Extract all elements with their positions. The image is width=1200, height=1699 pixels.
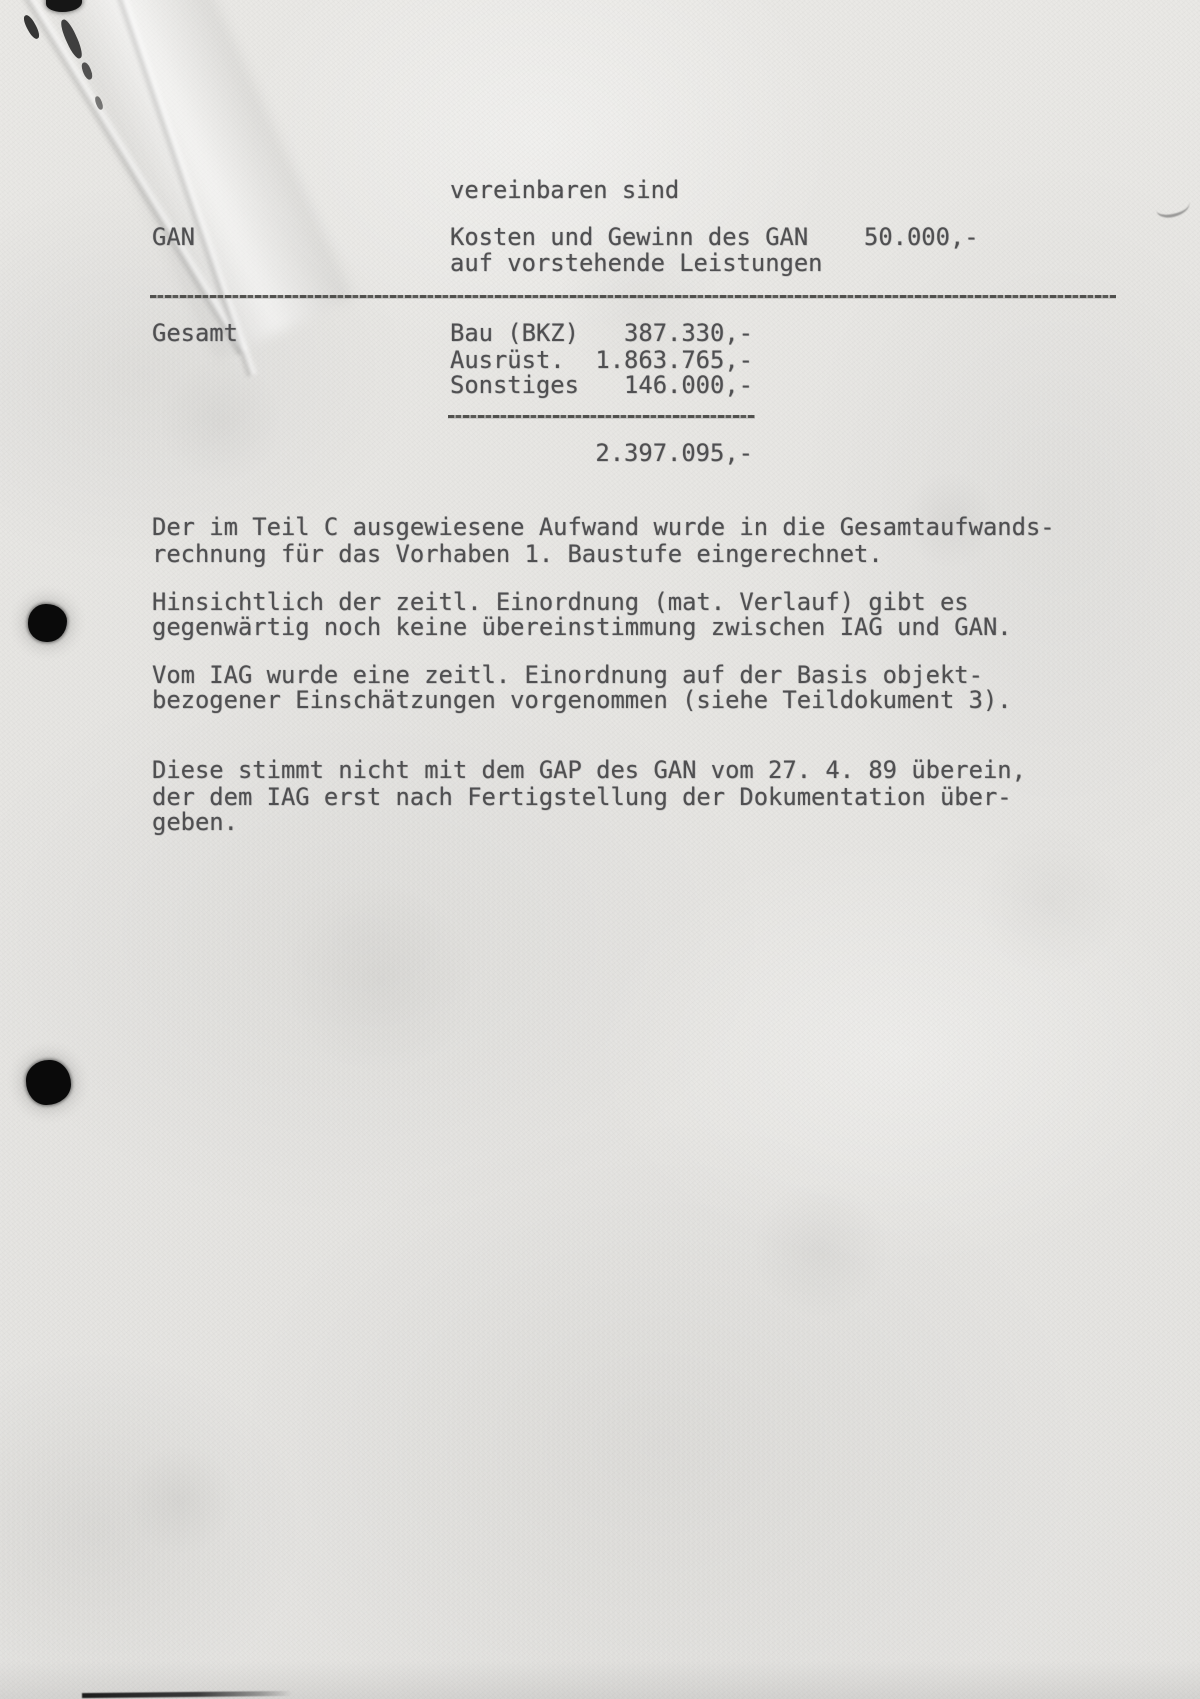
cost-item-value: 146.000,-	[624, 372, 753, 399]
cost-item-name: Bau (BKZ)	[450, 320, 579, 347]
scan-stain	[94, 95, 104, 110]
paragraph-line: geben.	[152, 809, 238, 836]
cost-item-row: Bau (BKZ) 387.330,-	[450, 320, 753, 347]
cost-item-name: Sonstiges	[450, 372, 579, 399]
cost-item-value: 387.330,-	[624, 320, 753, 347]
cost-item-value: 1.863.765,-	[595, 347, 753, 374]
paragraph-line: gegenwärtig noch keine übereinstimmung z…	[152, 614, 1012, 641]
scan-stain	[21, 13, 41, 40]
paragraph-line: rechnung für das Vorhaben 1. Baustufe ei…	[152, 541, 883, 568]
fold-crease	[40, 0, 353, 361]
cost-item-row: Sonstiges 146.000,-	[450, 372, 753, 399]
gan-cost-line: Kosten und Gewinn des GAN	[450, 224, 808, 251]
gan-services-line: auf vorstehende Leistungen	[450, 250, 823, 277]
subtotal-rule	[448, 415, 755, 418]
paragraph-line: Diese stimmt nicht mit dem GAP des GAN v…	[152, 757, 1026, 784]
paragraph-line: bezogener Einschätzungen vorgenommen (si…	[152, 687, 1012, 714]
intro-line: vereinbaren sind	[450, 177, 679, 204]
scan-stain	[46, 0, 82, 12]
page-curl-mark	[1155, 194, 1192, 220]
gan-amount: 50.000,-	[864, 224, 979, 251]
gan-label: GAN	[152, 224, 195, 251]
total-row: 2.397.095,-	[450, 440, 753, 467]
cost-item-name: Ausrüst.	[450, 347, 565, 374]
paragraph-line: Der im Teil C ausgewiesene Aufwand wurde…	[152, 514, 1055, 541]
paragraph-line: Vom IAG wurde eine zeitl. Einordnung auf…	[152, 662, 983, 689]
separator-rule	[150, 295, 1116, 298]
scan-stain	[58, 18, 85, 61]
scan-stain	[80, 61, 94, 81]
paragraph-line: der dem IAG erst nach Fertigstellung der…	[152, 784, 1012, 811]
gesamt-label: Gesamt	[152, 320, 238, 347]
punch-hole	[26, 1060, 71, 1105]
total-amount: 2.397.095,-	[595, 439, 753, 467]
bottom-edge-shade	[0, 1660, 1200, 1699]
bottom-scan-mark	[82, 1691, 292, 1698]
paragraph-line: Hinsichtlich der zeitl. Einordnung (mat.…	[152, 589, 969, 616]
cost-item-row: Ausrüst. 1.863.765,-	[450, 347, 753, 374]
fold-crease-line	[14, 0, 249, 357]
punch-hole	[28, 604, 67, 642]
scanned-document-page: vereinbaren sind GAN Kosten und Gewinn d…	[0, 0, 1200, 1699]
